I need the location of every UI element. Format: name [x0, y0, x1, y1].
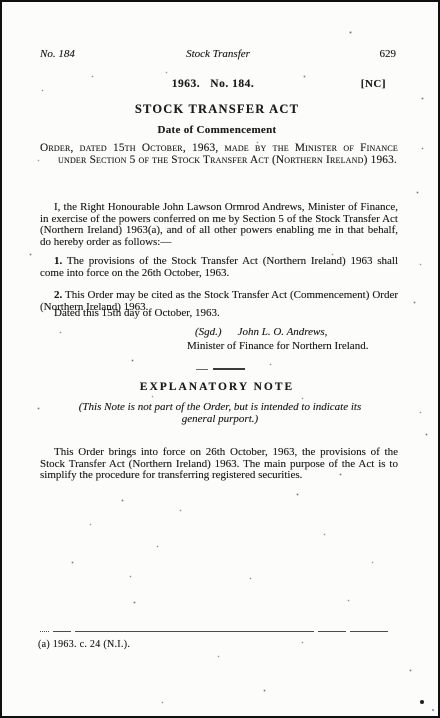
signature-sgd-label: (Sgd.) — [195, 326, 222, 338]
dated-line: Dated this 15th day of October, 1963. — [40, 307, 220, 319]
explanatory-note-heading: EXPLANATORY NOTE — [40, 381, 394, 393]
commencement-heading: Date of Commencement — [40, 124, 394, 136]
article-1: 1. The provisions of the Stock Transfer … — [40, 256, 398, 279]
signatory-title: Minister of Finance for Northern Ireland… — [187, 340, 398, 354]
divider-dash-short — [196, 369, 208, 370]
explanatory-note-disclaimer: (This Note is not part of the Order, but… — [64, 402, 376, 426]
footnote-rule-segment — [53, 631, 71, 632]
masthead-line: 1963. No. 184. [NC] — [40, 78, 386, 90]
section-divider — [2, 368, 438, 370]
divider-dash-long — [213, 368, 245, 370]
running-header: No. 184 Stock Transfer 629 — [40, 48, 396, 60]
footnote-rule-segment — [40, 631, 49, 632]
scan-noise — [2, 2, 3, 3]
article-2-number: 2. — [54, 289, 62, 301]
article-1-text: The provisions of the Stock Transfer Act… — [40, 255, 398, 279]
signature-line: (Sgd.)John L. O. Andrews, — [187, 326, 398, 340]
footnote-rule-segment — [318, 631, 346, 632]
order-recital: Order, dated 15th October, 1963, made by… — [40, 143, 398, 167]
running-header-page-number: 629 — [306, 48, 396, 60]
footnote-rule — [40, 631, 388, 632]
signatory-name: John L. O. Andrews, — [238, 326, 328, 338]
footnote-rule-segment — [75, 631, 314, 632]
ink-blob-mark — [420, 700, 424, 704]
signature-block: (Sgd.)John L. O. Andrews, Minister of Fi… — [187, 326, 398, 353]
running-header-title: Stock Transfer — [130, 48, 306, 60]
nc-corner-tag: [NC] — [361, 78, 386, 90]
scanned-document-page: No. 184 Stock Transfer 629 1963. No. 184… — [0, 0, 440, 718]
masthead-year-number: 1963. No. 184. — [172, 78, 254, 90]
explanatory-note-body: This Order brings into force on 26th Oct… — [40, 447, 398, 482]
running-header-order-number: No. 184 — [40, 48, 130, 60]
footnote-citation: (a) 1963. c. 24 (N.I.). — [38, 639, 130, 650]
intro-paragraph: I, the Right Honourable John Lawson Ormr… — [40, 202, 398, 248]
footnote-rule-segment — [350, 631, 388, 632]
act-title: STOCK TRANSFER ACT — [40, 102, 394, 117]
article-1-number: 1. — [54, 255, 62, 267]
